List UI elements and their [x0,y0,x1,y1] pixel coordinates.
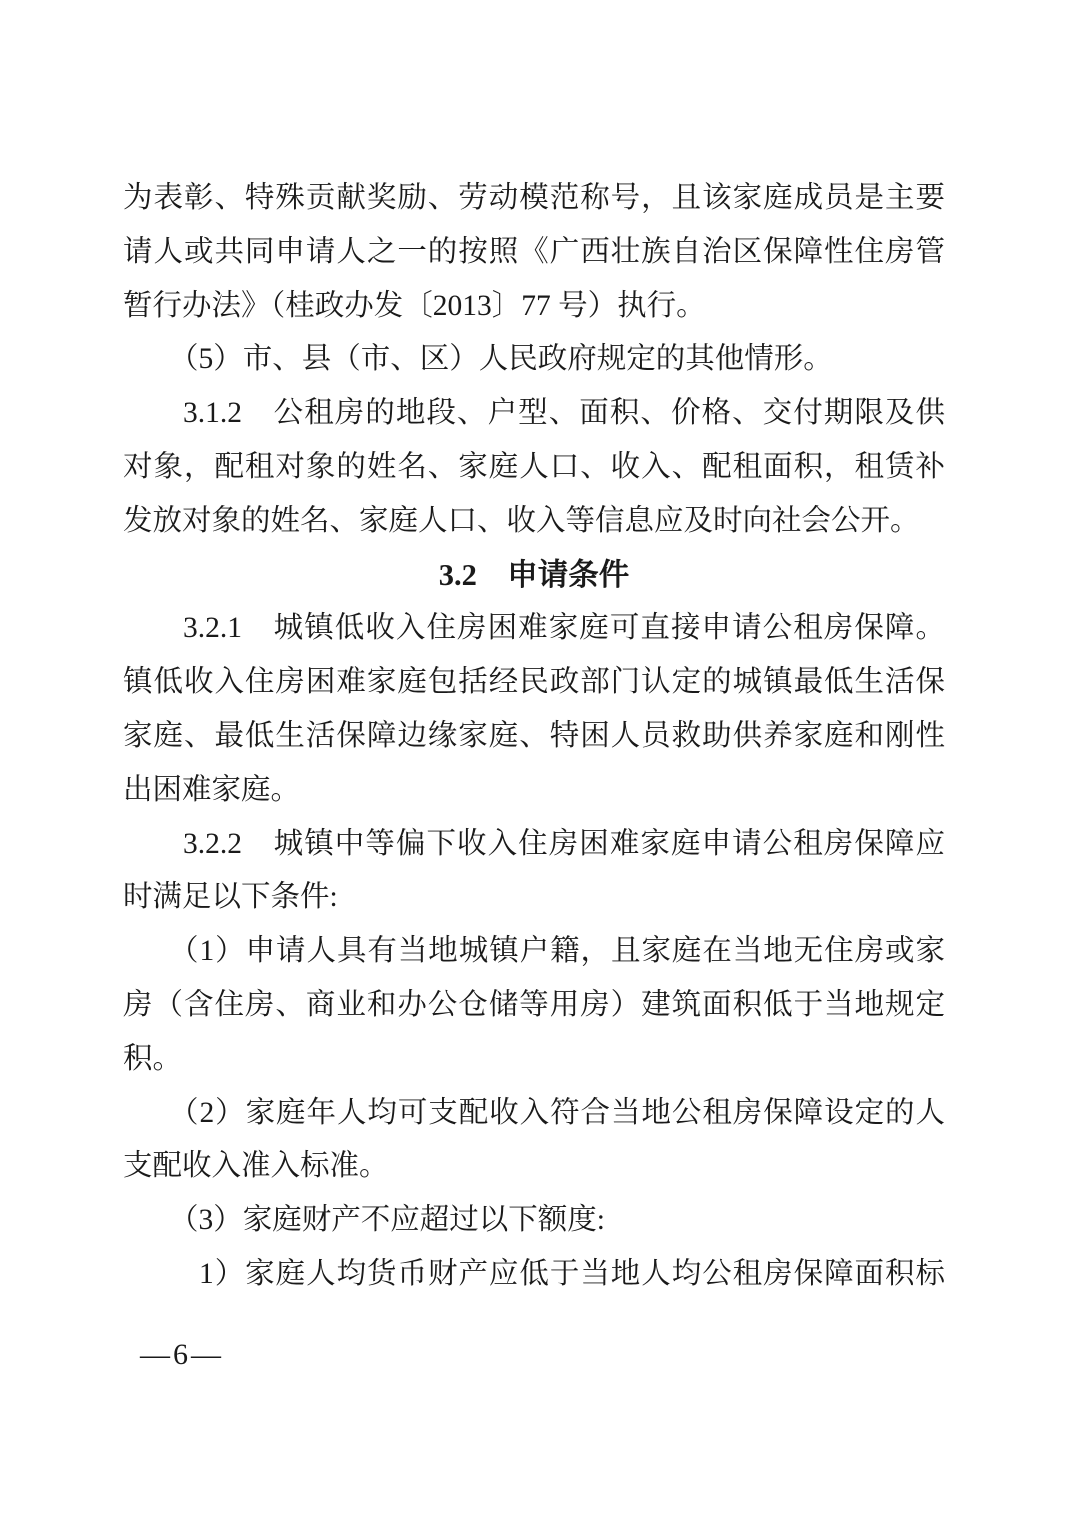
text-line: 3.2.2 城镇中等偏下收入住房困难家庭申请公租房保障应同 [123,818,945,872]
text-line: 积。 [123,1033,945,1087]
document-page: 为表彰、特殊贡献奖励、劳动模范称号，且该家庭成员是主要申 请人或共同申请人之一的… [0,0,1074,1520]
text-line: （5）市、县（市、区）人民政府规定的其他情形。 [123,333,945,387]
text-line: 3.1.2 公租房的地段、户型、面积、价格、交付期限及供给 [123,387,945,441]
text-line: 房（含住房、商业和办公仓储等用房）建筑面积低于当地规定面 [123,979,945,1033]
text-line: （1）申请人具有当地城镇户籍，且家庭在当地无住房或家庭住 [123,925,945,979]
text-line: 为表彰、特殊贡献奖励、劳动模范称号，且该家庭成员是主要申 [123,172,945,226]
text-line: 镇低收入住房困难家庭包括经民政部门认定的城镇最低生活保障 [123,656,945,710]
text-line: 支配收入准入标准。 [123,1140,945,1194]
text-line: 暂行办法》（桂政办发〔2013〕77 号）执行。 [123,280,945,334]
text-line: 出困难家庭。 [123,764,945,818]
text-line: 1）家庭人均货币财产应低于当地人均公租房保障面积标准乘 [123,1248,945,1302]
text-line: 发放对象的姓名、家庭人口、收入等信息应及时向社会公开。 [123,495,945,549]
page-number: —6— [140,1332,224,1378]
text-line: 3.2.1 城镇低收入住房困难家庭可直接申请公租房保障。城 [123,602,945,656]
text-line: 对象，配租对象的姓名、家庭人口、收入、配租面积，租赁补贴 [123,441,945,495]
text-line: 时满足以下条件: [123,871,945,925]
text-block: 为表彰、特殊贡献奖励、劳动模范称号，且该家庭成员是主要申 请人或共同申请人之一的… [123,172,945,1302]
text-line: （3）家庭财产不应超过以下额度: [123,1194,945,1248]
text-line: 家庭、最低生活保障边缘家庭、特困人员救助供养家庭和刚性支 [123,710,945,764]
section-heading: 3.2 申请条件 [123,549,945,603]
text-line: 请人或共同申请人之一的按照《广西壮族自治区保障性住房管理 [123,226,945,280]
text-line: （2）家庭年人均可支配收入符合当地公租房保障设定的人均可 [123,1087,945,1141]
